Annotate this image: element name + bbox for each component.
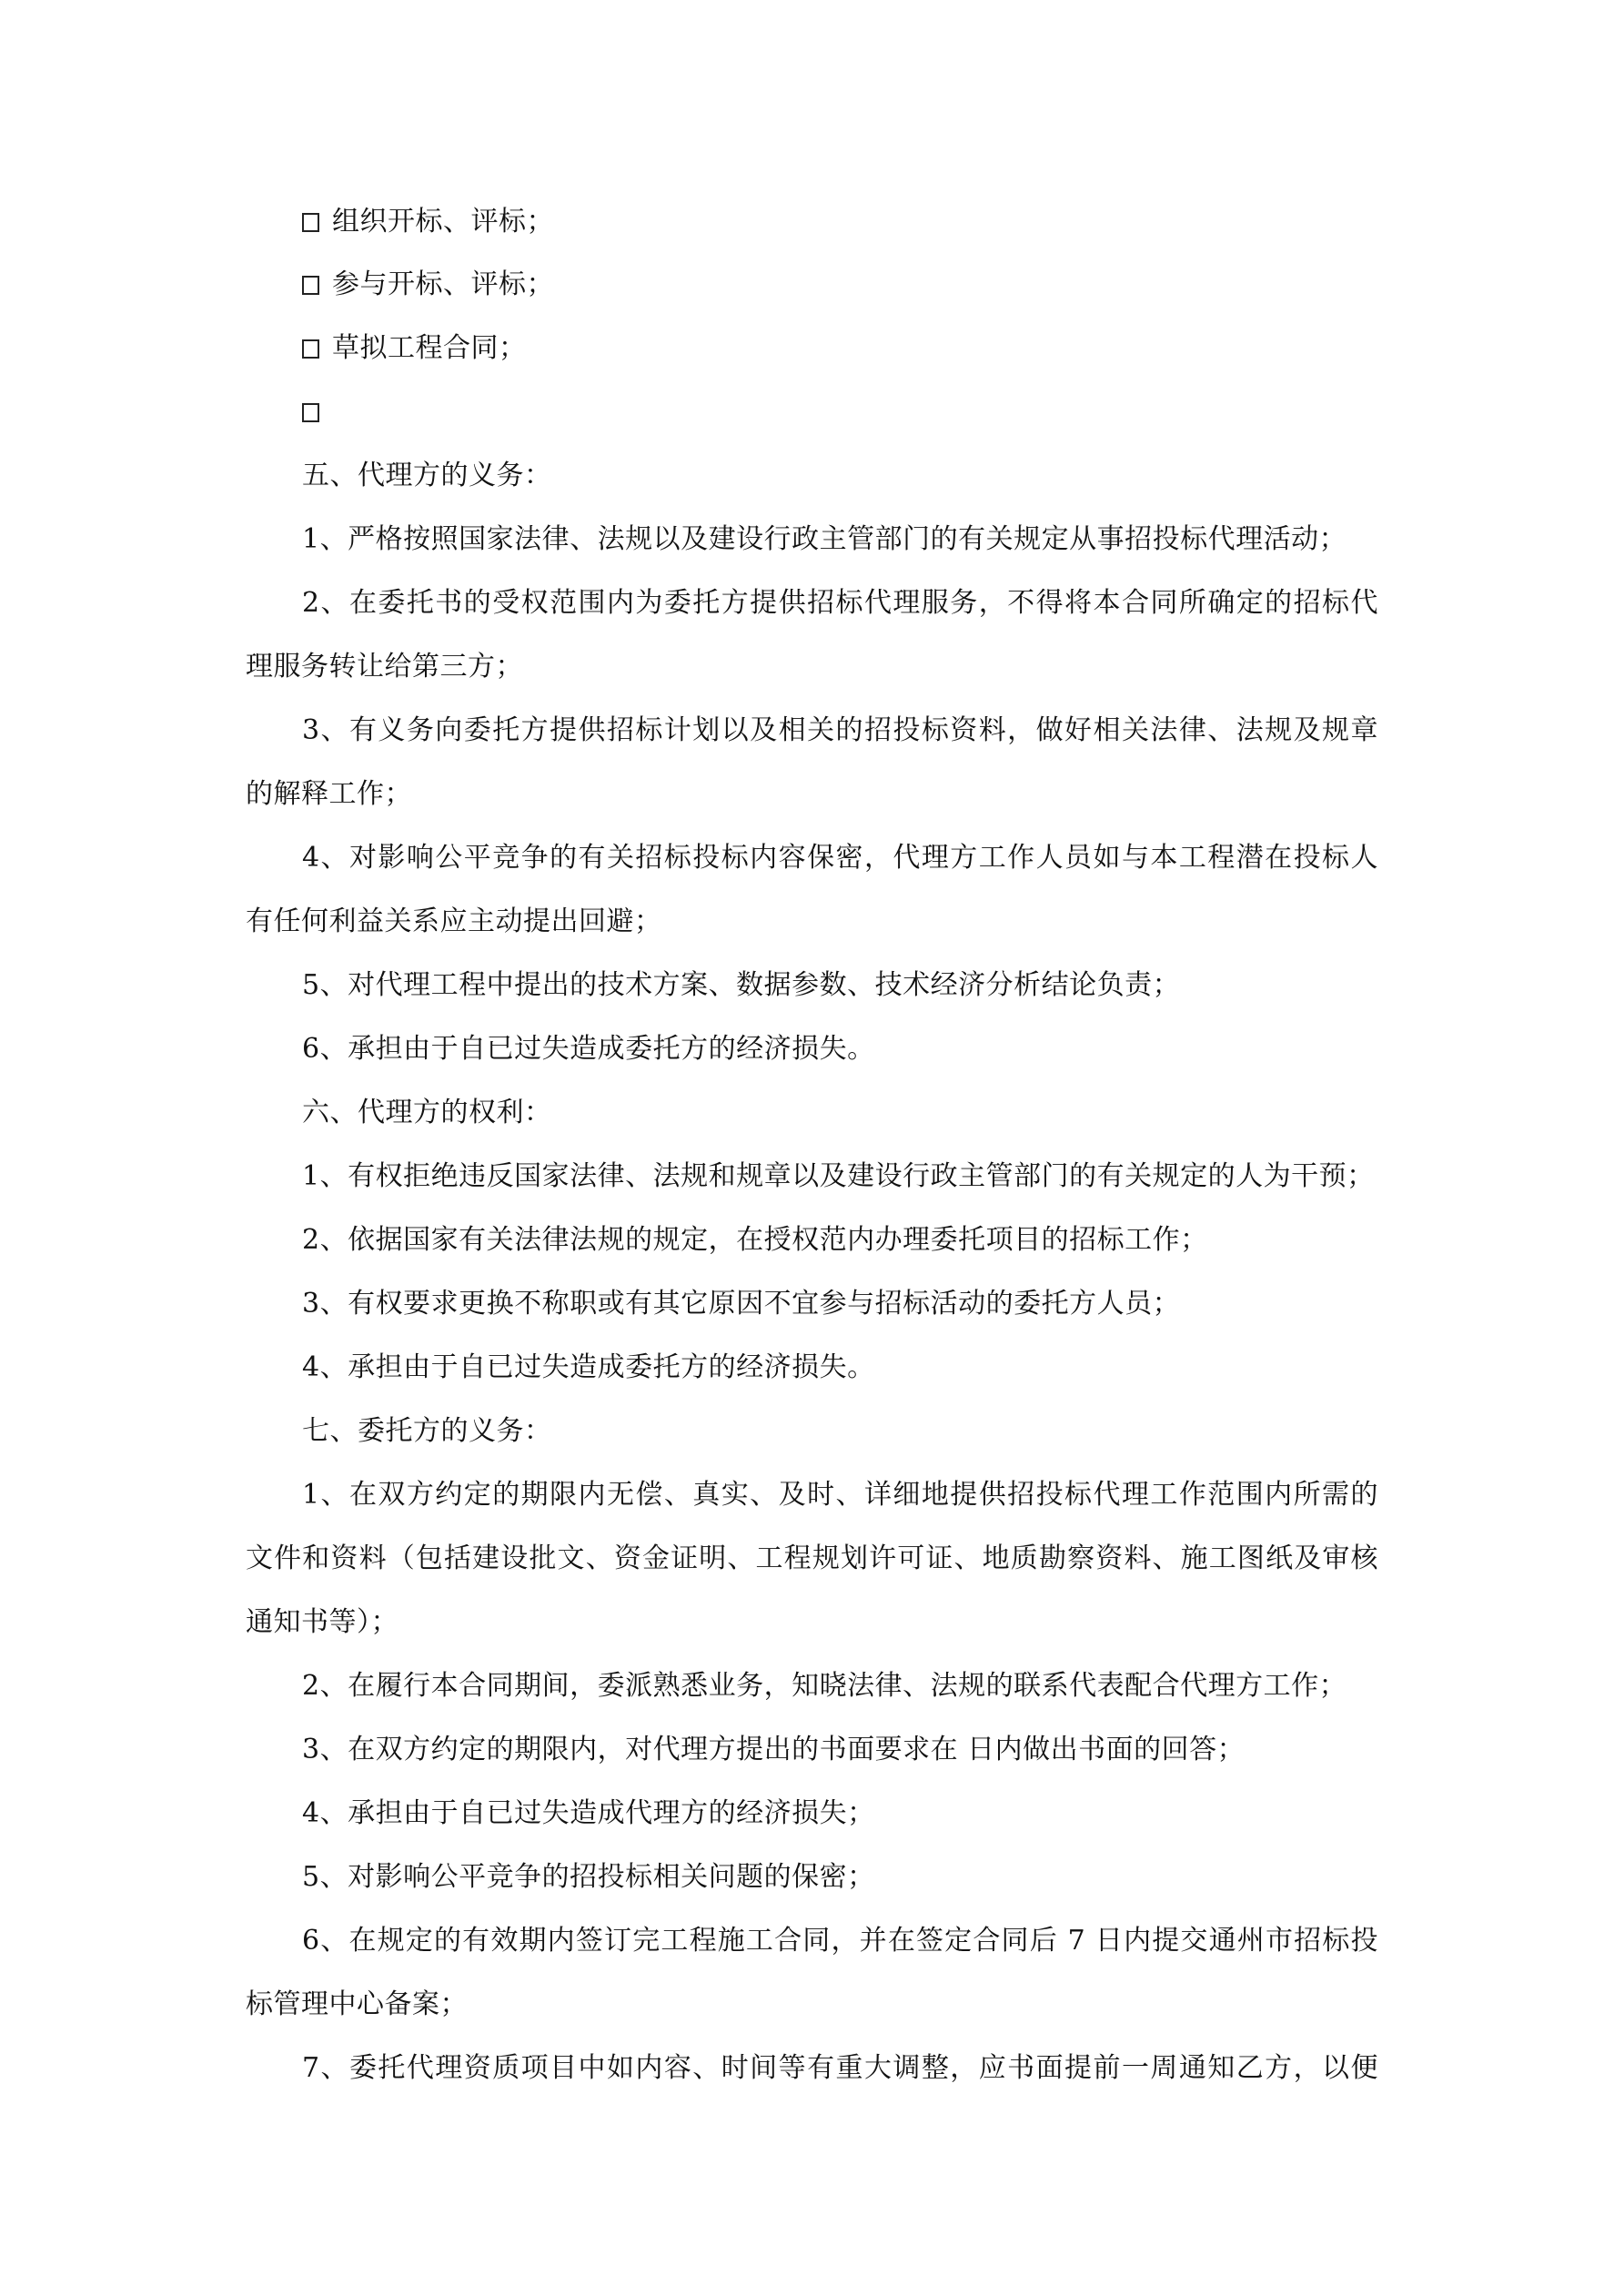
paragraph-line: 标管理中心备案； [246, 1987, 468, 2023]
checkbox-icon[interactable] [302, 339, 319, 359]
section-heading: 五、代理方的义务： [302, 458, 552, 494]
paragraph-line: 6、承担由于自已过失造成委托方的经济损失。 [302, 1031, 875, 1067]
paragraph-line: 4、承担由于自已过失造成代理方的经济损失； [302, 1795, 875, 1832]
paragraph-line: 3、有权要求更换不称职或有其它原因不宜参与招标活动的委托方人员； [302, 1286, 1180, 1322]
checklist-item: 草拟工程合同； [302, 330, 527, 367]
paragraph-line: 的解释工作； [246, 776, 412, 813]
paragraph-line: 1、有权拒绝违反国家法律、法规和规章以及建设行政主管部门的有关规定的人为干预； [302, 1158, 1375, 1195]
paragraph-line: 理服务转让给第三方； [246, 649, 523, 685]
checklist-item: 组织开标、评标； [302, 204, 554, 240]
paragraph-line: 2、在委托书的受权范围内为委托方提供招标代理服务，不得将本合同所确定的招标代 [302, 585, 1378, 622]
paragraph-line: 5、对代理工程中提出的技术方案、数据参数、技术经济分析结论负责； [302, 967, 1180, 1004]
paragraph-line: 3、有义务向委托方提供招标计划以及相关的招投标资料，做好相关法律、法规及规章 [302, 713, 1378, 749]
checklist-label: 草拟工程合同； [332, 332, 527, 364]
paragraph-line: 7、委托代理资质项目中如内容、时间等有重大调整，应书面提前一周通知乙方，以便 [302, 2050, 1378, 2087]
checklist-label: 组织开标、评标； [332, 206, 554, 238]
checkbox-icon[interactable] [302, 213, 319, 232]
paragraph-line: 2、依据国家有关法律法规的规定，在授权范内办理委托项目的招标工作； [302, 1222, 1208, 1259]
checklist-item [302, 394, 332, 430]
paragraph-line: 4、承担由于自已过失造成委托方的经济损失。 [302, 1350, 875, 1386]
checklist-item: 参与开标、评标； [302, 267, 554, 303]
paragraph-line: 1、严格按照国家法律、法规以及建设行政主管部门的有关规定从事招投标代理活动； [302, 521, 1347, 558]
checklist-label: 参与开标、评标； [332, 268, 554, 300]
paragraph-line: 3、在双方约定的期限内，对代理方提出的书面要求在 日内做出书面的回答； [302, 1732, 1245, 1768]
paragraph-line: 6、在规定的有效期内签订完工程施工合同，并在签定合同后 7 日内提交通州市招标投 [302, 1923, 1378, 1959]
section-heading: 六、代理方的权利： [302, 1095, 552, 1131]
paragraph-line: 有任何利益关系应主动提出回避； [246, 904, 662, 940]
section-heading: 七、委托方的义务： [302, 1413, 552, 1450]
paragraph-line: 通知书等）； [246, 1604, 398, 1641]
paragraph-line: 文件和资料（包括建设批文、资金证明、工程规划许可证、地质勘察资料、施工图纸及审核 [246, 1541, 1378, 1577]
paragraph-line: 5、对影响公平竞争的招投标相关问题的保密； [302, 1859, 875, 1896]
paragraph-line: 2、在履行本合同期间，委派熟悉业务，知晓法律、法规的联系代表配合代理方工作； [302, 1668, 1347, 1704]
paragraph-line: 1、在双方约定的期限内无偿、真实、及时、详细地提供招投标代理工作范围内所需的 [302, 1477, 1378, 1513]
checkbox-icon[interactable] [302, 403, 319, 422]
paragraph-line: 4、对影响公平竞争的有关招标投标内容保密，代理方工作人员如与本工程潜在投标人 [302, 840, 1378, 876]
checkbox-icon[interactable] [302, 276, 319, 295]
